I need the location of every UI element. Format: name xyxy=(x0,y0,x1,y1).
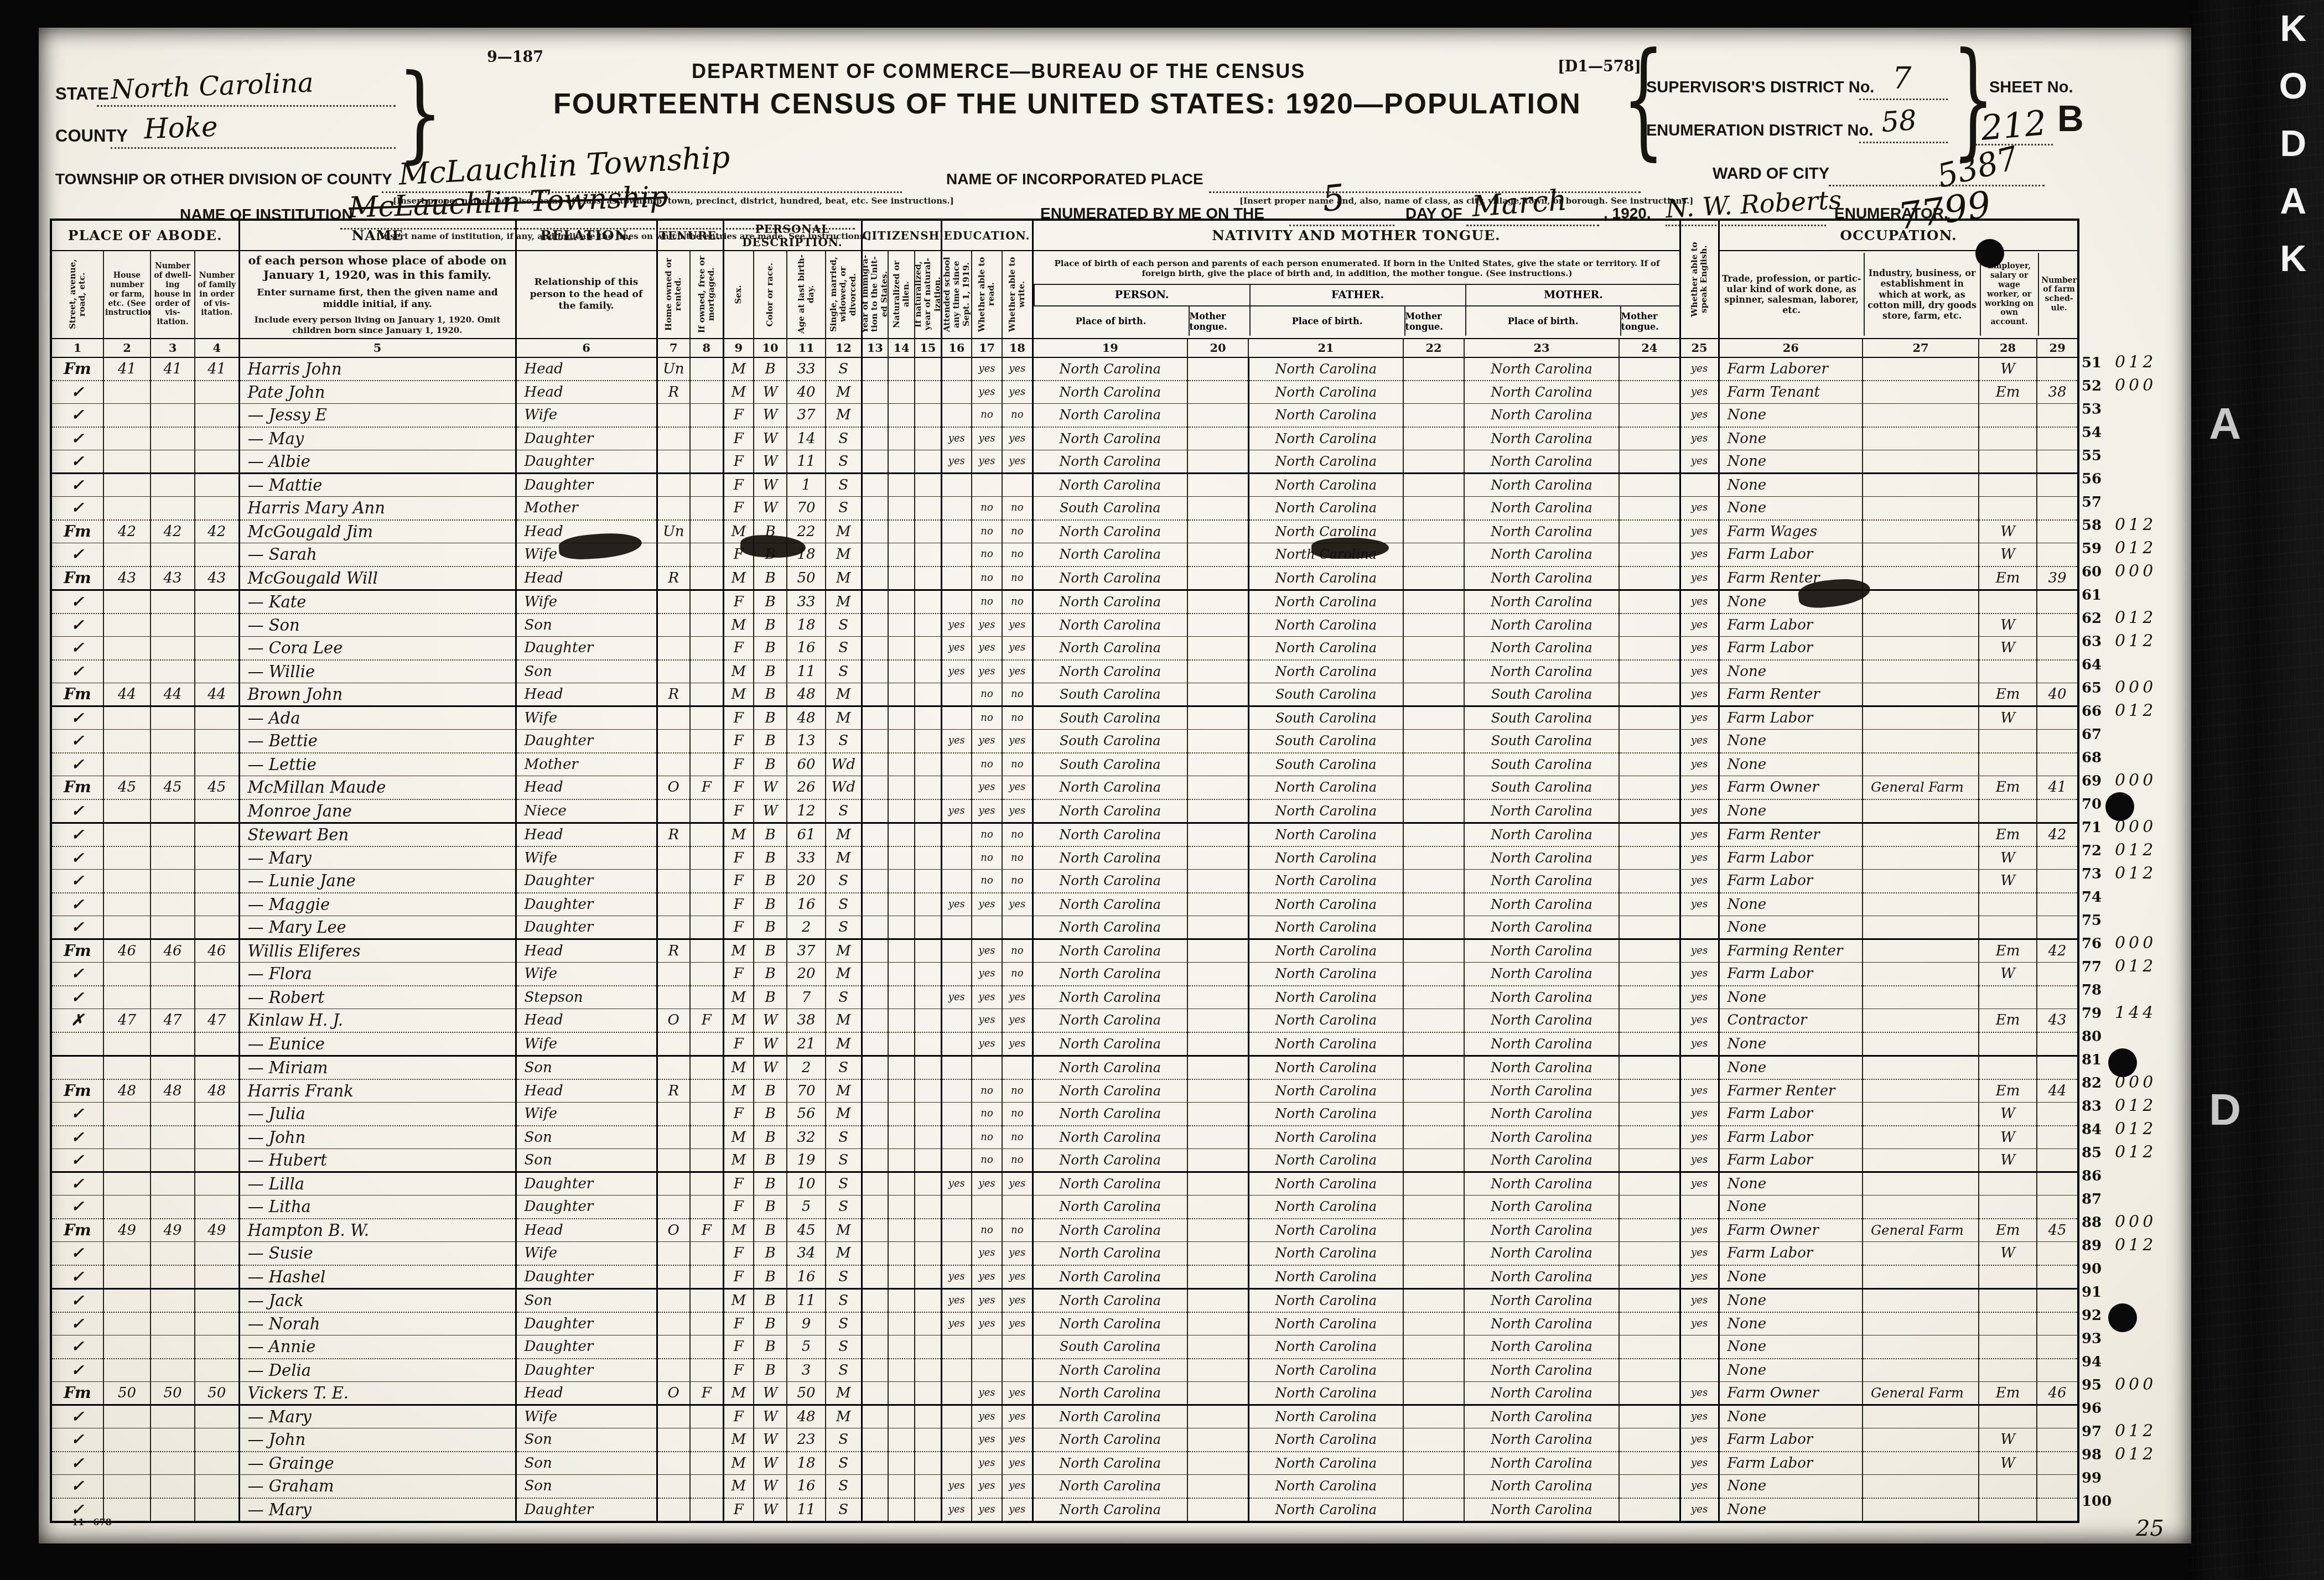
able-to-write-value: yes xyxy=(1003,1313,1032,1335)
punch-hole xyxy=(1975,239,2004,268)
column-number: 10 xyxy=(754,339,787,357)
relation-value: Mother xyxy=(517,753,656,776)
able-to-write-value: yes xyxy=(1003,776,1032,798)
dwelling-number: 42 xyxy=(151,521,194,543)
margin-code xyxy=(2115,1257,2192,1281)
dwelling-number: 47 xyxy=(151,1009,194,1031)
sex-value: F xyxy=(724,1266,754,1288)
able-to-read-value: yes xyxy=(972,358,1002,380)
color-race-value: W xyxy=(754,474,786,496)
table-row: ✓ — Graham Son M W 16 S yes yes yes Nort… xyxy=(51,1475,2078,1498)
farm-schedule-number: 41 xyxy=(2037,776,2077,798)
employer-class-value: W xyxy=(1979,614,2036,636)
margin-code: 012 xyxy=(2115,1443,2192,1467)
speaks-english-value: yes xyxy=(1681,963,1718,985)
able-to-write-value: no xyxy=(1003,521,1032,543)
age-value: 48 xyxy=(787,707,825,729)
marital-status-value: M xyxy=(826,683,861,705)
marital-status-value: S xyxy=(826,1452,861,1474)
employer-class-value: Em xyxy=(1979,683,2036,705)
relation-value: Son xyxy=(517,1428,656,1451)
person-name: — Susie xyxy=(240,1242,515,1264)
speaks-english-value: yes xyxy=(1681,940,1718,962)
abode-mark: ✓ xyxy=(52,707,103,729)
color-race-value: W xyxy=(754,1057,786,1079)
sex-value: F xyxy=(724,1313,754,1335)
marital-status-value: S xyxy=(826,800,861,822)
sex-value: M xyxy=(724,614,754,636)
abode-mark: ✓ xyxy=(52,1242,103,1264)
occupation-value: None xyxy=(1720,474,1863,496)
marital-status-value: S xyxy=(826,1335,861,1358)
person-name: Pate John xyxy=(240,381,515,403)
margin-code xyxy=(2115,1397,2192,1420)
table-row: ✓ — Son Son M B 18 S yes yes yes North C… xyxy=(51,614,2078,637)
sex-value: F xyxy=(724,428,754,450)
person-name: — Bettie xyxy=(240,730,515,752)
occupation-value: Farm Labor xyxy=(1720,1242,1863,1264)
attended-school-value: yes xyxy=(942,1475,972,1497)
occupation-value: Farmer Renter xyxy=(1720,1080,1863,1102)
age-value: 20 xyxy=(787,870,825,892)
occupation-value: None xyxy=(1720,1499,1863,1521)
relation-value: Daughter xyxy=(517,450,656,472)
person-name: — Grainge xyxy=(240,1452,515,1474)
table-row: ✓ — Ada Wife F B 48 M no no South Caroli… xyxy=(51,706,2078,730)
sex-value: F xyxy=(724,637,754,659)
employer-class-value: W xyxy=(1979,358,2036,380)
relation-value: Daughter xyxy=(517,1266,656,1288)
mother-birthplace: North Carolina xyxy=(1465,824,1618,846)
relation-value: Wife xyxy=(517,1242,656,1264)
age-value: 2 xyxy=(787,1057,825,1079)
sheet-letter: B xyxy=(2057,97,2084,139)
margin-code xyxy=(2115,1467,2192,1490)
col4-family-label: Num­ber of family in order of vis­itatio… xyxy=(195,270,238,319)
person-birthplace: North Carolina xyxy=(1034,940,1187,962)
occupation-value: None xyxy=(1720,1335,1863,1358)
mother-birthplace: North Carolina xyxy=(1465,428,1618,450)
dwelling-number: 49 xyxy=(151,1219,194,1241)
abode-mark: ✓ xyxy=(52,543,103,565)
col15-naturalization-year-label: If naturalized, year of natural­ization. xyxy=(915,254,941,335)
line-number: 93 xyxy=(2082,1327,2114,1350)
able-to-write-value: yes xyxy=(1003,1266,1032,1288)
abode-mark: ✓ xyxy=(52,1173,103,1195)
abode-mark: ✓ xyxy=(52,824,103,846)
sex-value: F xyxy=(724,800,754,822)
sex-value: F xyxy=(724,847,754,869)
table-row: ✓ — Willie Son M B 11 S yes yes yes Nort… xyxy=(51,660,2078,683)
sex-value: F xyxy=(724,870,754,892)
home-owned-rented: Un xyxy=(658,358,690,380)
margin-code xyxy=(2115,398,2192,421)
person-name: — Albie xyxy=(240,450,515,472)
line-number: 56 xyxy=(2082,467,2114,491)
sex-value: F xyxy=(724,730,754,752)
county-value: Hoke xyxy=(143,111,219,145)
person-birthplace: North Carolina xyxy=(1034,450,1187,472)
occupation-value: None xyxy=(1720,916,1863,938)
age-value: 56 xyxy=(787,1103,825,1125)
mother-birthplace: North Carolina xyxy=(1465,847,1618,869)
table-row: ✓ — Jessy E Wife F W 37 M no no North Ca… xyxy=(51,404,2078,427)
col14-naturalized-label: Naturalized or alien. xyxy=(892,254,911,335)
line-number: 57 xyxy=(2082,491,2114,514)
employer-class-value: W xyxy=(1979,1103,2036,1125)
abode-mark: ✓ xyxy=(52,661,103,683)
person-birthplace: North Carolina xyxy=(1034,776,1187,798)
relation-value: Wife xyxy=(517,1103,656,1125)
home-owned-rented: O xyxy=(658,776,690,798)
person-name: — Jessy E xyxy=(240,404,515,426)
person-name: Brown John xyxy=(240,683,515,705)
attended-school-value: yes xyxy=(942,893,972,916)
person-name: — Willie xyxy=(240,661,515,683)
color-race-value: W xyxy=(754,450,786,472)
margin-codes: 0120000120120000120120000120000000120120… xyxy=(2115,351,2192,1513)
margin-code: 012 xyxy=(2115,351,2192,375)
line-number: 55 xyxy=(2082,444,2114,467)
marital-status-value: M xyxy=(826,521,861,543)
employer-class-value: W xyxy=(1979,521,2036,543)
col7-owned-rented-label: Home owned or rented. xyxy=(664,254,683,335)
column-number: 16 xyxy=(941,339,972,357)
person-birthplace: North Carolina xyxy=(1034,637,1187,659)
footer-form-code: 11—678 xyxy=(72,1517,112,1527)
column-number-row: 1234567891011121314151617181920212223242… xyxy=(51,339,2078,357)
relation-value: Head xyxy=(517,1009,656,1031)
occupation-value: Farm Labor xyxy=(1720,1428,1863,1451)
margin-code: 012 xyxy=(2115,1095,2192,1118)
speaks-english-value: yes xyxy=(1681,661,1718,683)
table-row: Fm 46 46 46 Willis Eliferes Head R M B 3… xyxy=(51,939,2078,963)
incorporated-place-line xyxy=(1209,191,1641,193)
person-name: — Robert xyxy=(240,986,515,1009)
marital-status-value: S xyxy=(826,637,861,659)
color-race-value: W xyxy=(754,1009,786,1031)
mother-birthplace: North Carolina xyxy=(1465,543,1618,565)
person-name: Hampton B. W. xyxy=(240,1219,515,1241)
mother-birthplace: North Carolina xyxy=(1465,1406,1618,1428)
marital-status-value: M xyxy=(826,1033,861,1055)
table-row: ✓ — Jack Son M B 11 S yes yes yes North … xyxy=(51,1288,2078,1312)
table-row: Fm 45 45 45 McMillan Maude Head O F F W … xyxy=(51,776,2078,799)
sex-value: F xyxy=(724,591,754,613)
person-birthplace: North Carolina xyxy=(1034,1242,1187,1264)
speaks-english-value: yes xyxy=(1681,800,1718,822)
father-birthplace: North Carolina xyxy=(1249,963,1403,985)
relation-value: Daughter xyxy=(517,428,656,450)
able-to-read-value: no xyxy=(972,591,1002,613)
relation-value: Son xyxy=(517,1290,656,1312)
enumeration-district-label: ENUMERATION DISTRICT No. xyxy=(1646,122,1873,140)
sex-value: M xyxy=(724,683,754,705)
father-birthplace: North Carolina xyxy=(1249,404,1403,426)
color-race-value: W xyxy=(754,381,786,403)
column-number: 7 xyxy=(657,339,690,357)
col25-speak-english-label: Whether able to speak English. xyxy=(1690,239,1709,320)
enumeration-district-value: 58 xyxy=(1880,104,1918,138)
able-to-write-value: yes xyxy=(1003,1242,1032,1264)
color-race-value: B xyxy=(754,1219,786,1241)
marital-status-value: S xyxy=(826,1313,861,1335)
color-race-value: W xyxy=(754,497,786,519)
mother-birthplace: North Carolina xyxy=(1465,1452,1618,1474)
sex-value: M xyxy=(724,1009,754,1031)
relation-value: Daughter xyxy=(517,870,656,892)
person-name: — Lunie Jane xyxy=(240,870,515,892)
speaks-english-value: yes xyxy=(1681,1313,1718,1335)
relation-value: Head xyxy=(517,1080,656,1102)
person-name: Vickers T. E. xyxy=(240,1382,515,1404)
margin-code: 000 xyxy=(2115,770,2192,793)
attended-school-value: yes xyxy=(942,1313,972,1335)
form-number: 9—187 xyxy=(487,49,543,66)
color-race-value: B xyxy=(754,1290,786,1312)
age-value: 61 xyxy=(787,824,825,846)
line-number: 59 xyxy=(2082,537,2114,560)
father-birthplace: North Carolina xyxy=(1249,474,1403,496)
occupation-value: None xyxy=(1720,1057,1863,1079)
line-number: 69 xyxy=(2082,770,2114,793)
column-number: 28 xyxy=(1979,339,2037,357)
father-birthplace: North Carolina xyxy=(1249,986,1403,1009)
person-birthplace: North Carolina xyxy=(1034,800,1187,822)
abode-mark: ✓ xyxy=(52,1359,103,1381)
home-owned-rented: R xyxy=(658,683,690,705)
able-to-write-value: no xyxy=(1003,1219,1032,1241)
person-birthplace: North Carolina xyxy=(1034,1057,1187,1079)
free-mortgaged: F xyxy=(691,1219,723,1241)
line-number: 90 xyxy=(2082,1257,2114,1281)
marital-status-value: M xyxy=(826,1009,861,1031)
mother-birthplace: North Carolina xyxy=(1465,381,1618,403)
margin-code xyxy=(2115,1490,2192,1513)
line-number: 53 xyxy=(2082,398,2114,421)
able-to-read-value: no xyxy=(972,521,1002,543)
relation-value: Wife xyxy=(517,847,656,869)
age-value: 38 xyxy=(787,1009,825,1031)
col8-free-mortgaged-label: If owned, free or mortgaged. xyxy=(697,254,717,335)
employer-class-value: W xyxy=(1979,543,2036,565)
person-birthplace: North Carolina xyxy=(1034,1080,1187,1102)
margin-code: 012 xyxy=(2115,514,2192,537)
mother-birthplace: North Carolina xyxy=(1465,591,1618,613)
sex-value: F xyxy=(724,1406,754,1428)
marital-status-value: S xyxy=(826,893,861,916)
able-to-read-value: no xyxy=(972,847,1002,869)
person-birthplace: North Carolina xyxy=(1034,870,1187,892)
relation-value: Daughter xyxy=(517,893,656,916)
col1-street-label: Street, avenue, road, etc. xyxy=(68,254,87,335)
table-row: ✓ — Lunie Jane Daughter F B 20 S no no N… xyxy=(51,870,2078,893)
father-birthplace: North Carolina xyxy=(1249,893,1403,916)
able-to-read-value: yes xyxy=(972,1242,1002,1264)
speaks-english-value: yes xyxy=(1681,1033,1718,1055)
house-number: 43 xyxy=(104,567,150,589)
father-birthplace: North Carolina xyxy=(1249,1382,1403,1404)
industry-value: General Farm xyxy=(1863,776,1978,798)
father-birthplace: North Carolina xyxy=(1249,1313,1403,1335)
age-value: 18 xyxy=(787,614,825,636)
marital-status-value: M xyxy=(826,1406,861,1428)
table-row: ✓ — Grainge Son M W 18 S yes yes North C… xyxy=(51,1452,2078,1475)
able-to-write-value: yes xyxy=(1003,1406,1032,1428)
margin-code: 012 xyxy=(2115,1420,2192,1443)
color-race-value: B xyxy=(754,986,786,1009)
line-number: 76 xyxy=(2082,932,2114,955)
abode-mark: ✓ xyxy=(52,428,103,450)
marital-status-value: M xyxy=(826,567,861,589)
speaks-english-value: yes xyxy=(1681,637,1718,659)
mother-birthplace: North Carolina xyxy=(1465,614,1618,636)
col13-immigration-label: Year of immigra­tion to the Unit­ed Stat… xyxy=(862,254,888,335)
able-to-write-value: yes xyxy=(1003,661,1032,683)
abode-mark: ✓ xyxy=(52,1196,103,1218)
father-birthplace: North Carolina xyxy=(1249,591,1403,613)
line-number: 99 xyxy=(2082,1467,2114,1490)
relation-value: Son xyxy=(517,1149,656,1171)
color-race-value: B xyxy=(754,591,786,613)
occupation-value: None xyxy=(1720,1033,1863,1055)
person-birthplace: North Carolina xyxy=(1034,1149,1187,1171)
person-name: — Sarah xyxy=(240,543,515,565)
margin-code xyxy=(2115,653,2192,677)
speaks-english-value: yes xyxy=(1681,1475,1718,1497)
state-line xyxy=(97,105,396,107)
column-number: 5 xyxy=(239,339,516,357)
abode-mark: ✓ xyxy=(52,1313,103,1335)
relation-value: Head xyxy=(517,824,656,846)
margin-code xyxy=(2115,421,2192,444)
father-birthplace: North Carolina xyxy=(1249,1266,1403,1288)
abode-mark: ✓ xyxy=(52,916,103,938)
industry-value: General Farm xyxy=(1863,1382,1978,1404)
employer-class-value: W xyxy=(1979,1126,2036,1148)
marital-status-value: S xyxy=(826,986,861,1009)
able-to-write-value: no xyxy=(1003,1149,1032,1171)
person-name: — Mary Lee xyxy=(240,916,515,938)
enumerator-value: N. W. Roberts xyxy=(1665,185,1843,224)
column-number: 29 xyxy=(2037,339,2078,357)
sex-value: F xyxy=(724,1196,754,1218)
occupation-value: Farm Labor xyxy=(1720,707,1863,729)
farm-schedule-number: 39 xyxy=(2037,567,2077,589)
mother-birthplace: North Carolina xyxy=(1465,1499,1618,1521)
relation-value: Wife xyxy=(517,404,656,426)
employer-class-value: W xyxy=(1979,707,2036,729)
speaks-english-value: yes xyxy=(1681,683,1718,705)
abode-mark: Fm xyxy=(52,567,103,589)
mother-birthplace: North Carolina xyxy=(1465,1057,1618,1079)
person-birthplace: North Carolina xyxy=(1034,404,1187,426)
employer-class-value: Em xyxy=(1979,824,2036,846)
age-value: 14 xyxy=(787,428,825,450)
mother-birthplace: South Carolina xyxy=(1465,776,1618,798)
margin-code: 144 xyxy=(2115,1002,2192,1025)
marital-status-value: M xyxy=(826,707,861,729)
employer-class-value: W xyxy=(1979,1242,2036,1264)
occupation-value: Farm Labor xyxy=(1720,1126,1863,1148)
speaks-english-value: yes xyxy=(1681,986,1718,1009)
dwelling-number: 45 xyxy=(151,776,194,798)
relation-value: Wife xyxy=(517,1033,656,1055)
margin-code: 012 xyxy=(2115,1141,2192,1165)
sex-value: M xyxy=(724,1219,754,1241)
home-owned-rented: R xyxy=(658,567,690,589)
margin-code: 012 xyxy=(2115,700,2192,723)
col18-write-label: Whether able to write. xyxy=(1008,254,1027,335)
bottom-tally: 25 xyxy=(2136,1516,2164,1541)
age-value: 21 xyxy=(787,1033,825,1055)
attended-school-value: yes xyxy=(942,986,972,1009)
col27-industry-label: Industry, business, or estab­lishment in… xyxy=(1866,267,1979,322)
mother-birthplace: North Carolina xyxy=(1465,1196,1618,1218)
person-birthplace: North Carolina xyxy=(1034,1126,1187,1148)
speaks-english-value: yes xyxy=(1681,567,1718,589)
abode-mark: Fm xyxy=(52,358,103,380)
state-value: North Carolina xyxy=(110,67,314,106)
mother-birthplace: North Carolina xyxy=(1465,1475,1618,1497)
line-number: 98 xyxy=(2082,1443,2114,1467)
line-number: 65 xyxy=(2082,677,2114,700)
mother-birthplace: North Carolina xyxy=(1465,1266,1618,1288)
table-row: ✓ — Delia Daughter F B 3 S North Carolin… xyxy=(51,1359,2078,1382)
farm-schedule-number: 46 xyxy=(2037,1382,2077,1404)
family-number: 42 xyxy=(195,521,238,543)
table-row: ✓ — Hashel Daughter F B 16 S yes yes yes… xyxy=(51,1265,2078,1289)
mother-birthplace: North Carolina xyxy=(1465,1290,1618,1312)
color-race-value: B xyxy=(754,1313,786,1335)
father-birthplace: South Carolina xyxy=(1249,730,1403,752)
color-race-value: B xyxy=(754,661,786,683)
age-value: 1 xyxy=(787,474,825,496)
father-birthplace: North Carolina xyxy=(1249,1475,1403,1497)
speaks-english-value: yes xyxy=(1681,1428,1718,1451)
person-birthplace: North Carolina xyxy=(1034,1382,1187,1404)
person-birthplace: North Carolina xyxy=(1034,1499,1187,1521)
margin-code: 012 xyxy=(2115,862,2192,886)
age-value: 37 xyxy=(787,940,825,962)
employer-class-value: Em xyxy=(1979,1009,2036,1031)
house-number: 49 xyxy=(104,1219,150,1241)
department-line: DEPARTMENT OF COMMERCE—BUREAU OF THE CEN… xyxy=(692,60,1305,83)
age-value: 3 xyxy=(787,1359,825,1381)
age-value: 48 xyxy=(787,683,825,705)
abode-mark: ✓ xyxy=(52,1406,103,1428)
person-name: — Graham xyxy=(240,1475,515,1497)
speaks-english-value: yes xyxy=(1681,776,1718,798)
abode-mark: ✗ xyxy=(52,1009,103,1031)
abode-mark: Fm xyxy=(52,1080,103,1102)
table-row: ✓ — Mary Daughter F W 11 S yes yes yes N… xyxy=(51,1498,2078,1522)
speaks-english-value: yes xyxy=(1681,1499,1718,1521)
person-name: Harris John xyxy=(240,358,515,380)
able-to-write-value: no xyxy=(1003,847,1032,869)
farm-schedule-number: 44 xyxy=(2037,1080,2077,1102)
occupation-value: Farm Laborer xyxy=(1720,358,1863,380)
occupation-value: Farming Renter xyxy=(1720,940,1863,962)
family-number: 50 xyxy=(195,1382,238,1404)
table-row: ✓ — John Son M B 32 S no no North Caroli… xyxy=(51,1126,2078,1149)
abode-mark: ✓ xyxy=(52,986,103,1009)
able-to-write-value: no xyxy=(1003,591,1032,613)
margin-code: 000 xyxy=(2115,1211,2192,1234)
line-number: 72 xyxy=(2082,839,2114,862)
able-to-write-value: no xyxy=(1003,824,1032,846)
dwelling-number: 41 xyxy=(151,358,194,380)
